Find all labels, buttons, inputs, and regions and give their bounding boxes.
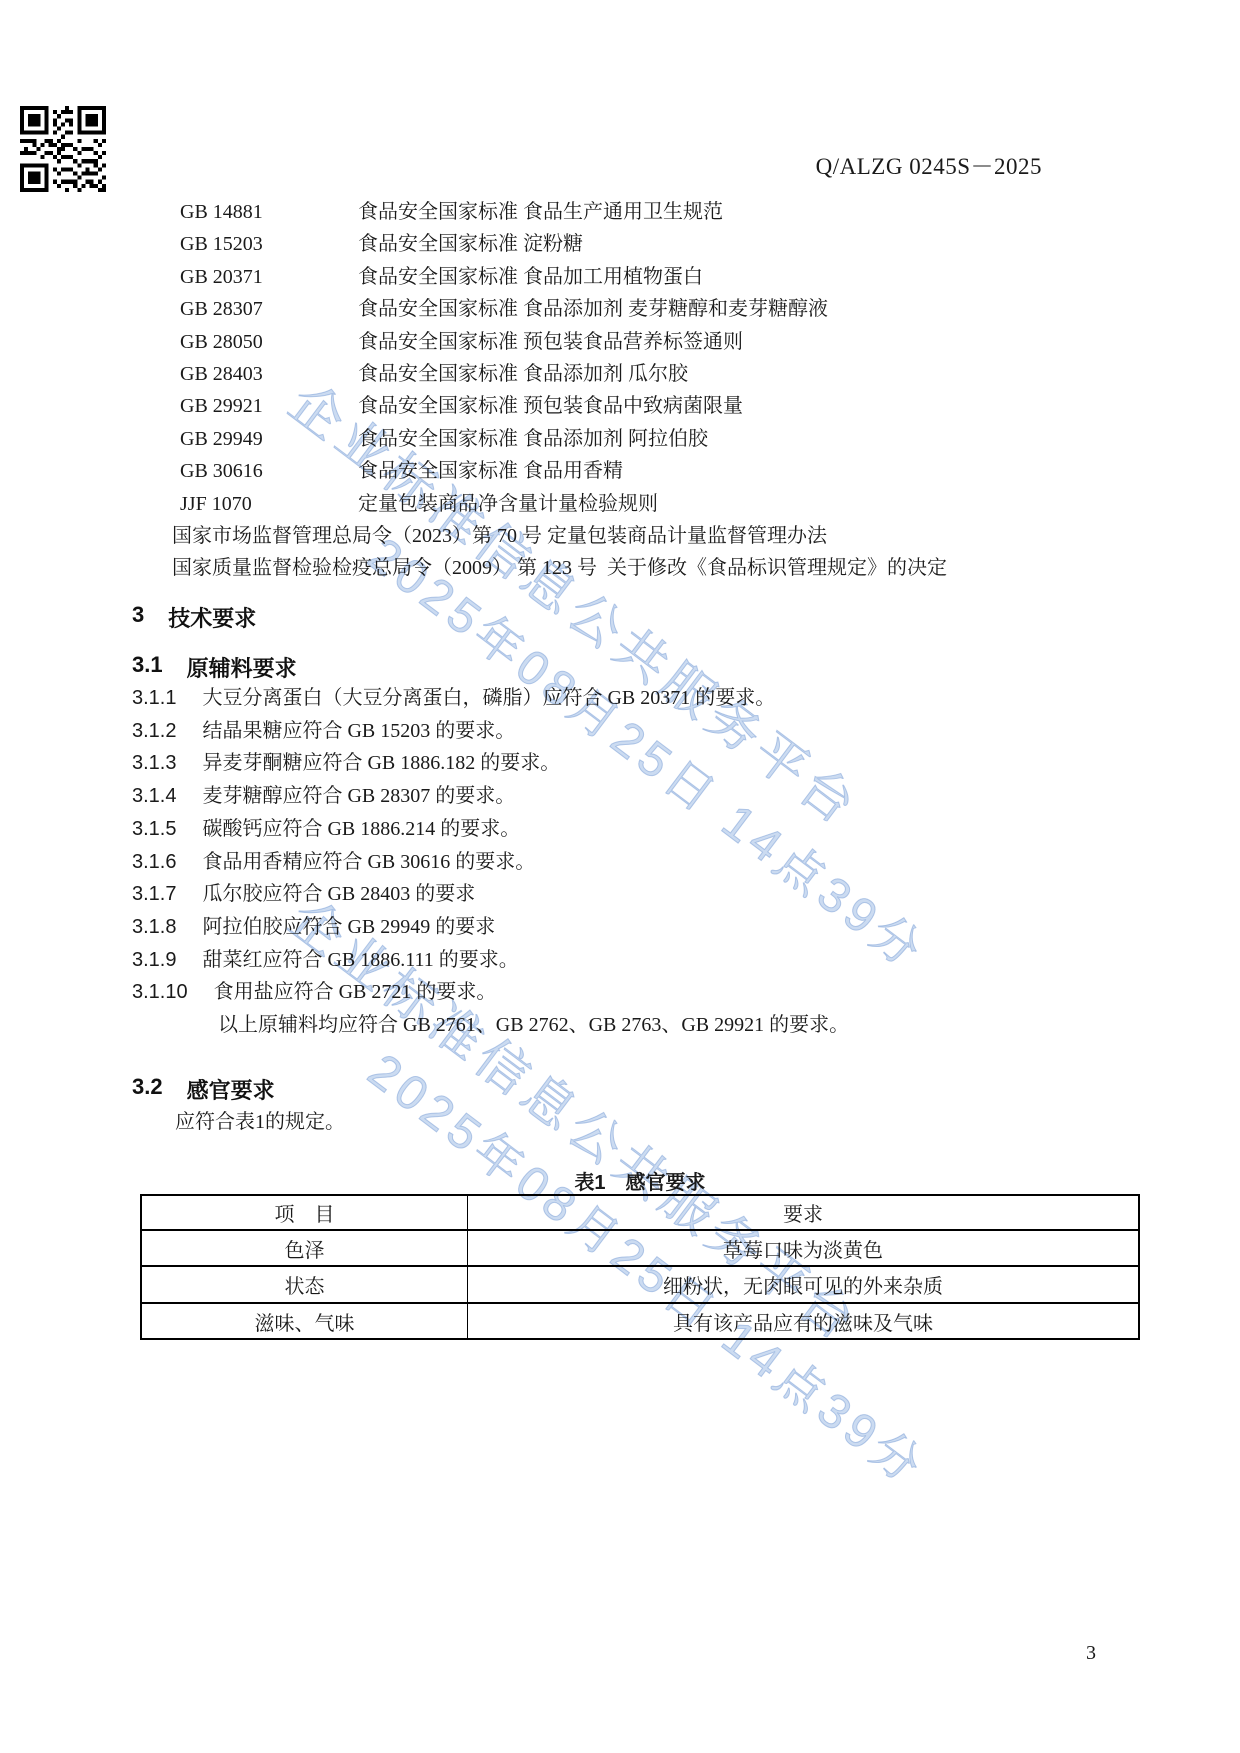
clause-text: 甜菜红应符合 GB 1886.111 的要求。: [202, 944, 518, 977]
sensory-requirements-table: 项 目 要求 色泽 草莓口味为淡黄色 状态 细粉状，无肉眼可见的外来杂质 滋味、…: [140, 1194, 1140, 1340]
clause-row: 3.1.2 结晶果糖应符合 GB 15203 的要求。: [132, 715, 1092, 748]
clause-text: 阿拉伯胶应符合 GB 29949 的要求: [202, 911, 495, 944]
table-header-row: 项 目 要求: [141, 1195, 1139, 1230]
clause-row: 3.1.3 异麦芽酮糖应符合 GB 1886.182 的要求。: [132, 747, 1092, 780]
table-cell-item: 滋味、气味: [141, 1303, 468, 1339]
table-cell-item: 色泽: [141, 1230, 468, 1266]
table-row: 色泽 草莓口味为淡黄色: [141, 1230, 1139, 1266]
section-title: 原辅料要求: [187, 652, 297, 683]
reference-row: GB 29921 食品安全国家标准 预包装食品中致病菌限量: [172, 390, 1072, 422]
table-cell-requirement: 细粉状，无肉眼可见的外来杂质: [468, 1266, 1140, 1303]
reference-row: GB 30616 食品安全国家标准 食品用香精: [172, 455, 1072, 487]
section-heading-3-2: 3.2感官要求: [132, 1074, 275, 1105]
standard-number-header: Q/ALZG 0245S－2025: [816, 148, 1042, 181]
clause-row: 3.1.10 食用盐应符合 GB 2721 的要求。: [132, 976, 1092, 1009]
section-title: 感官要求: [187, 1074, 275, 1105]
clause-row: 3.1.8 阿拉伯胶应符合 GB 29949 的要求: [132, 911, 1092, 944]
clause-number: 3.1.4: [132, 780, 176, 813]
reference-title: 食品安全国家标准 淀粉糖: [358, 228, 583, 260]
clause-text: 结晶果糖应符合 GB 15203 的要求。: [202, 715, 515, 748]
reference-code: GB 14881: [172, 196, 358, 228]
section-number: 3: [132, 602, 144, 633]
clause-number: 3.1.1: [132, 682, 176, 715]
section-title: 技术要求: [168, 602, 256, 633]
table-row: 状态 细粉状，无肉眼可见的外来杂质: [141, 1266, 1139, 1303]
clause-row: 3.1.9 甜菜红应符合 GB 1886.111 的要求。: [132, 944, 1092, 977]
reference-row: GB 28307 食品安全国家标准 食品添加剂 麦芽糖醇和麦芽糖醇液: [172, 293, 1072, 325]
document-page: 企业标准信息公共服务平台 2025年08月25日 14点39分 企业标准信息公共…: [0, 0, 1240, 1753]
reference-code: JJF 1070: [172, 488, 358, 520]
table-header-requirement: 要求: [468, 1195, 1140, 1230]
reference-code: GB 30616: [172, 455, 358, 487]
clause-row: 3.1.6 食品用香精应符合 GB 30616 的要求。: [132, 846, 1092, 879]
reference-row: GB 15203 食品安全国家标准 淀粉糖: [172, 228, 1072, 260]
reference-row: GB 14881 食品安全国家标准 食品生产通用卫生规范: [172, 196, 1072, 228]
section-heading-3: 3技术要求: [132, 602, 256, 633]
decree-line: 国家质量监督检验检疫总局令（2009） 第 123 号 关于修改《食品标识管理规…: [172, 552, 1072, 584]
reference-title: 食品安全国家标准 食品添加剂 麦芽糖醇和麦芽糖醇液: [358, 293, 828, 325]
reference-row: GB 28050 食品安全国家标准 预包装食品营养标签通则: [172, 326, 1072, 358]
reference-title: 食品安全国家标准 预包装食品营养标签通则: [358, 326, 743, 358]
reference-title: 食品安全国家标准 食品生产通用卫生规范: [358, 196, 723, 228]
section-heading-3-1: 3.1原辅料要求: [132, 652, 297, 683]
table1-caption: 表1 感官要求: [140, 1166, 1140, 1195]
clause-list: 3.1.1 大豆分离蛋白（大豆分离蛋白，磷脂）应符合 GB 20371 的要求。…: [132, 682, 1092, 1042]
normative-references-list: GB 14881 食品安全国家标准 食品生产通用卫生规范 GB 15203 食品…: [172, 196, 1072, 585]
reference-code: GB 28307: [172, 293, 358, 325]
reference-code: GB 29921: [172, 390, 358, 422]
reference-row: JJF 1070 定量包装商品净含量计量检验规则: [172, 488, 1072, 520]
clause-number: 3.1.6: [132, 846, 176, 879]
reference-title: 食品安全国家标准 食品添加剂 瓜尔胶: [358, 358, 688, 390]
clause-text: 食用盐应符合 GB 2721 的要求。: [214, 976, 497, 1009]
table-cell-item: 状态: [141, 1266, 468, 1303]
clause-text: 大豆分离蛋白（大豆分离蛋白，磷脂）应符合 GB 20371 的要求。: [202, 682, 775, 715]
clause-note: 以上原辅料均应符合 GB 2761、GB 2762、GB 2763、GB 299…: [218, 1009, 1092, 1042]
reference-row: GB 28403 食品安全国家标准 食品添加剂 瓜尔胶: [172, 358, 1072, 390]
clause-row: 3.1.7 瓜尔胶应符合 GB 28403 的要求: [132, 878, 1092, 911]
clause-number: 3.1.5: [132, 813, 176, 846]
clause-row: 3.1.4 麦芽糖醇应符合 GB 28307 的要求。: [132, 780, 1092, 813]
clause-row: 3.1.1 大豆分离蛋白（大豆分离蛋白，磷脂）应符合 GB 20371 的要求。: [132, 682, 1092, 715]
clause-number: 3.1.8: [132, 911, 176, 944]
table-cell-requirement: 具有该产品应有的滋味及气味: [468, 1303, 1140, 1339]
qr-code-icon: [20, 106, 106, 192]
table-header-item: 项 目: [141, 1195, 468, 1230]
reference-title: 食品安全国家标准 预包装食品中致病菌限量: [358, 390, 743, 422]
clause-number: 3.1.7: [132, 878, 176, 911]
reference-row: GB 20371 食品安全国家标准 食品加工用植物蛋白: [172, 261, 1072, 293]
clause-text: 异麦芽酮糖应符合 GB 1886.182 的要求。: [202, 747, 560, 780]
reference-title: 食品安全国家标准 食品加工用植物蛋白: [358, 261, 703, 293]
reference-code: GB 29949: [172, 423, 358, 455]
clause-number: 3.1.2: [132, 715, 176, 748]
table-row: 滋味、气味 具有该产品应有的滋味及气味: [141, 1303, 1139, 1339]
clause-text: 碳酸钙应符合 GB 1886.214 的要求。: [202, 813, 520, 846]
clause-text: 麦芽糖醇应符合 GB 28307 的要求。: [202, 780, 515, 813]
clause-number: 3.1.10: [132, 976, 188, 1009]
reference-code: GB 28403: [172, 358, 358, 390]
reference-title: 定量包装商品净含量计量检验规则: [358, 488, 658, 520]
reference-row: GB 29949 食品安全国家标准 食品添加剂 阿拉伯胶: [172, 423, 1072, 455]
reference-title: 食品安全国家标准 食品添加剂 阿拉伯胶: [358, 423, 708, 455]
table-cell-requirement: 草莓口味为淡黄色: [468, 1230, 1140, 1266]
reference-code: GB 15203: [172, 228, 358, 260]
clause-text: 瓜尔胶应符合 GB 28403 的要求: [202, 878, 475, 911]
decree-line: 国家市场监督管理总局令（2023）第 70 号 定量包装商品计量监督管理办法: [172, 520, 1072, 552]
clause-number: 3.1.9: [132, 944, 176, 977]
clause-row: 3.1.5 碳酸钙应符合 GB 1886.214 的要求。: [132, 813, 1092, 846]
reference-code: GB 28050: [172, 326, 358, 358]
section-number: 3.2: [132, 1074, 163, 1105]
table-intro-text: 应符合表1的规定。: [175, 1108, 345, 1136]
clause-text: 食品用香精应符合 GB 30616 的要求。: [202, 846, 535, 879]
reference-code: GB 20371: [172, 261, 358, 293]
page-number: 3: [1086, 1642, 1096, 1665]
reference-title: 食品安全国家标准 食品用香精: [358, 455, 623, 487]
clause-number: 3.1.3: [132, 747, 176, 780]
section-number: 3.1: [132, 652, 163, 683]
